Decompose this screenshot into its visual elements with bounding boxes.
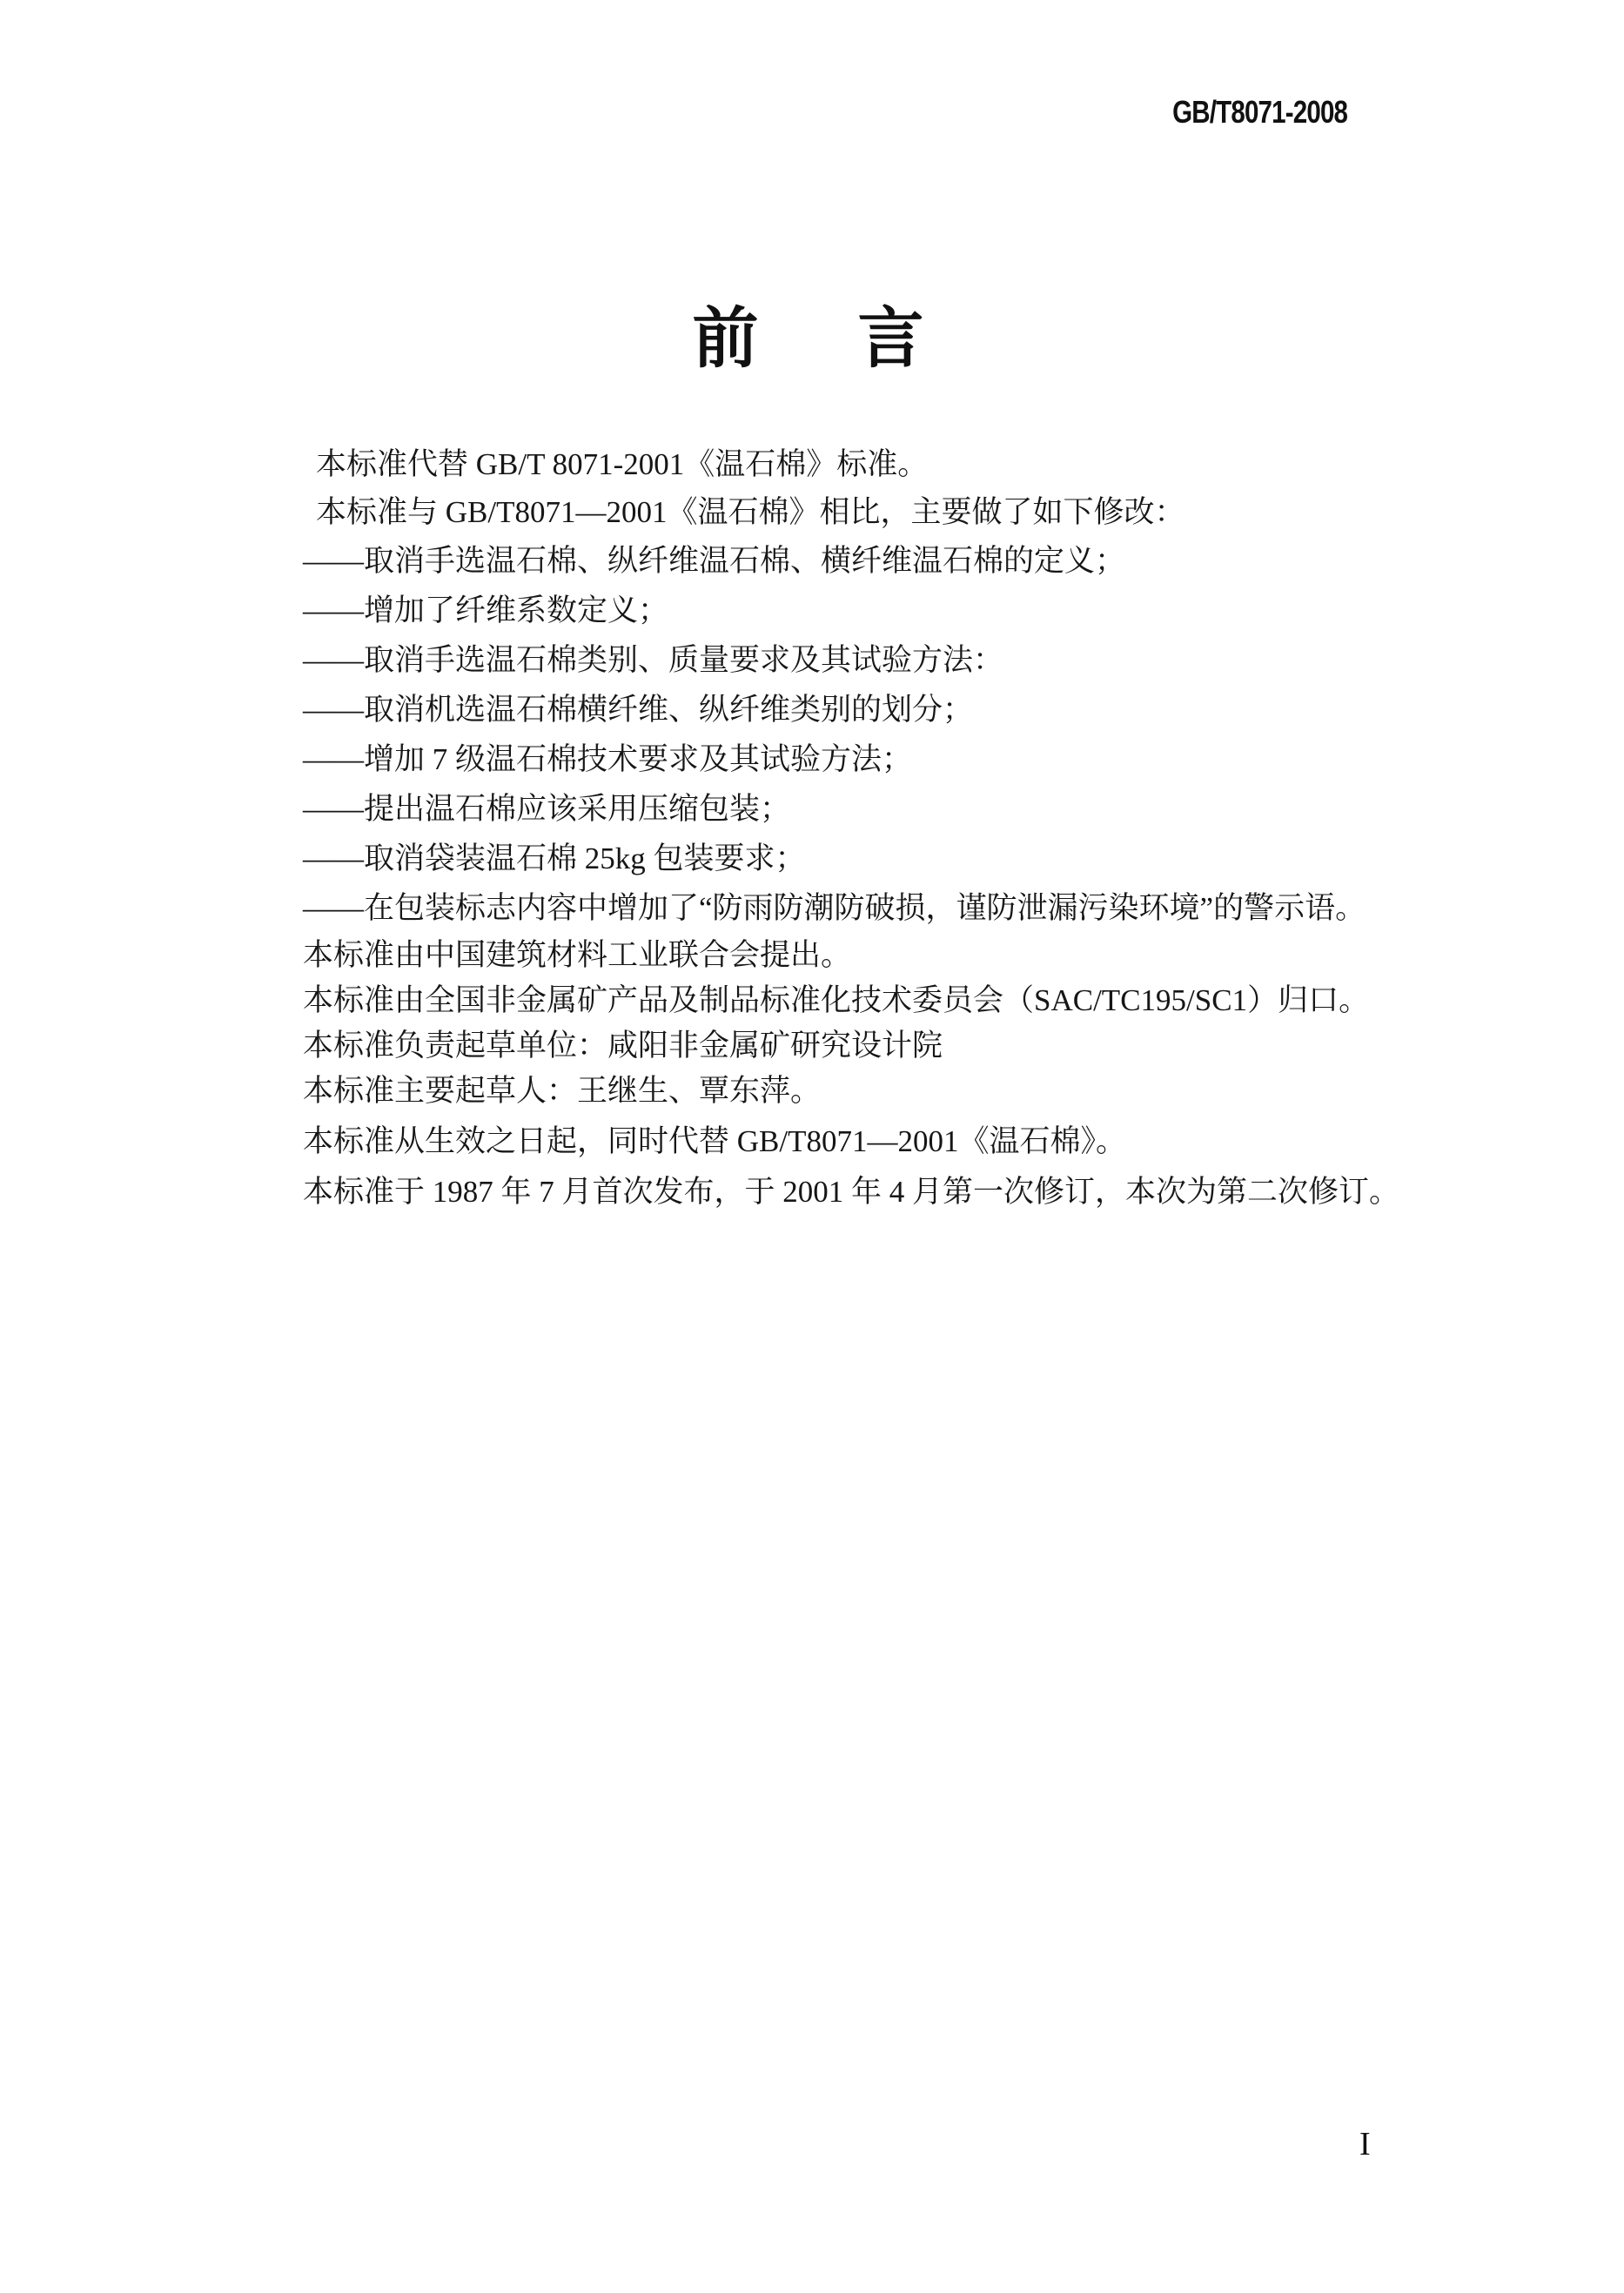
change-item: ——提出温石棉应该采用压缩包装； [303,784,1452,834]
closing-paragraph: 本标准从生效之日起，同时代替 GB/T8071—2001《温石棉》。 [303,1119,1452,1164]
change-item: ——增加 7 级温石棉技术要求及其试验方法； [303,734,1452,784]
intro-paragraph: 本标准与 GB/T8071—2001《温石棉》相比，主要做了如下修改： [303,488,1452,536]
change-item: ——增加了纤维系数定义； [303,586,1452,635]
change-item: ——取消机选温石棉横纤维、纵纤维类别的划分； [303,685,1452,734]
change-item: ——取消手选温石棉、纵纤维温石棉、横纤维温石棉的定义； [303,536,1452,586]
page-title: 前 言 [290,285,1343,380]
closing-paragraph: 本标准负责起草单位：咸阳非金属矿研究设计院 [303,1023,1452,1069]
page-number: I [1359,2125,1371,2163]
closing-paragraph: 本标准由全国非金属矿产品及制品标准化技术委员会（SAC/TC195/SC1）归口… [303,978,1452,1023]
closing-paragraph: 本标准由中国建筑材料工业联合会提出。 [303,933,1452,978]
closing-paragraph: 本标准于 1987 年 7 月首次发布，于 2001 年 4 月第一次修订，本次… [303,1170,1452,1215]
doc-number: GB/T8071-2008 [1172,94,1347,131]
change-item: ——在包装标志内容中增加了“防雨防潮防破损，谨防泄漏污染环境”的警示语。 [303,883,1452,933]
intro-paragraph: 本标准代替 GB/T 8071-2001《温石棉》标准。 [303,440,1452,488]
closing-paragraph: 本标准主要起草人：王继生、覃东萍。 [303,1069,1452,1114]
document-page: GB/T8071-2008 前 言 本标准代替 GB/T 8071-2001《温… [0,0,1624,2293]
foreword-content: 本标准代替 GB/T 8071-2001《温石棉》标准。 本标准与 GB/T80… [303,440,1452,1215]
change-item: ——取消手选温石棉类别、质量要求及其试验方法： [303,635,1452,685]
change-item: ——取消袋装温石棉 25kg 包装要求； [303,834,1452,883]
